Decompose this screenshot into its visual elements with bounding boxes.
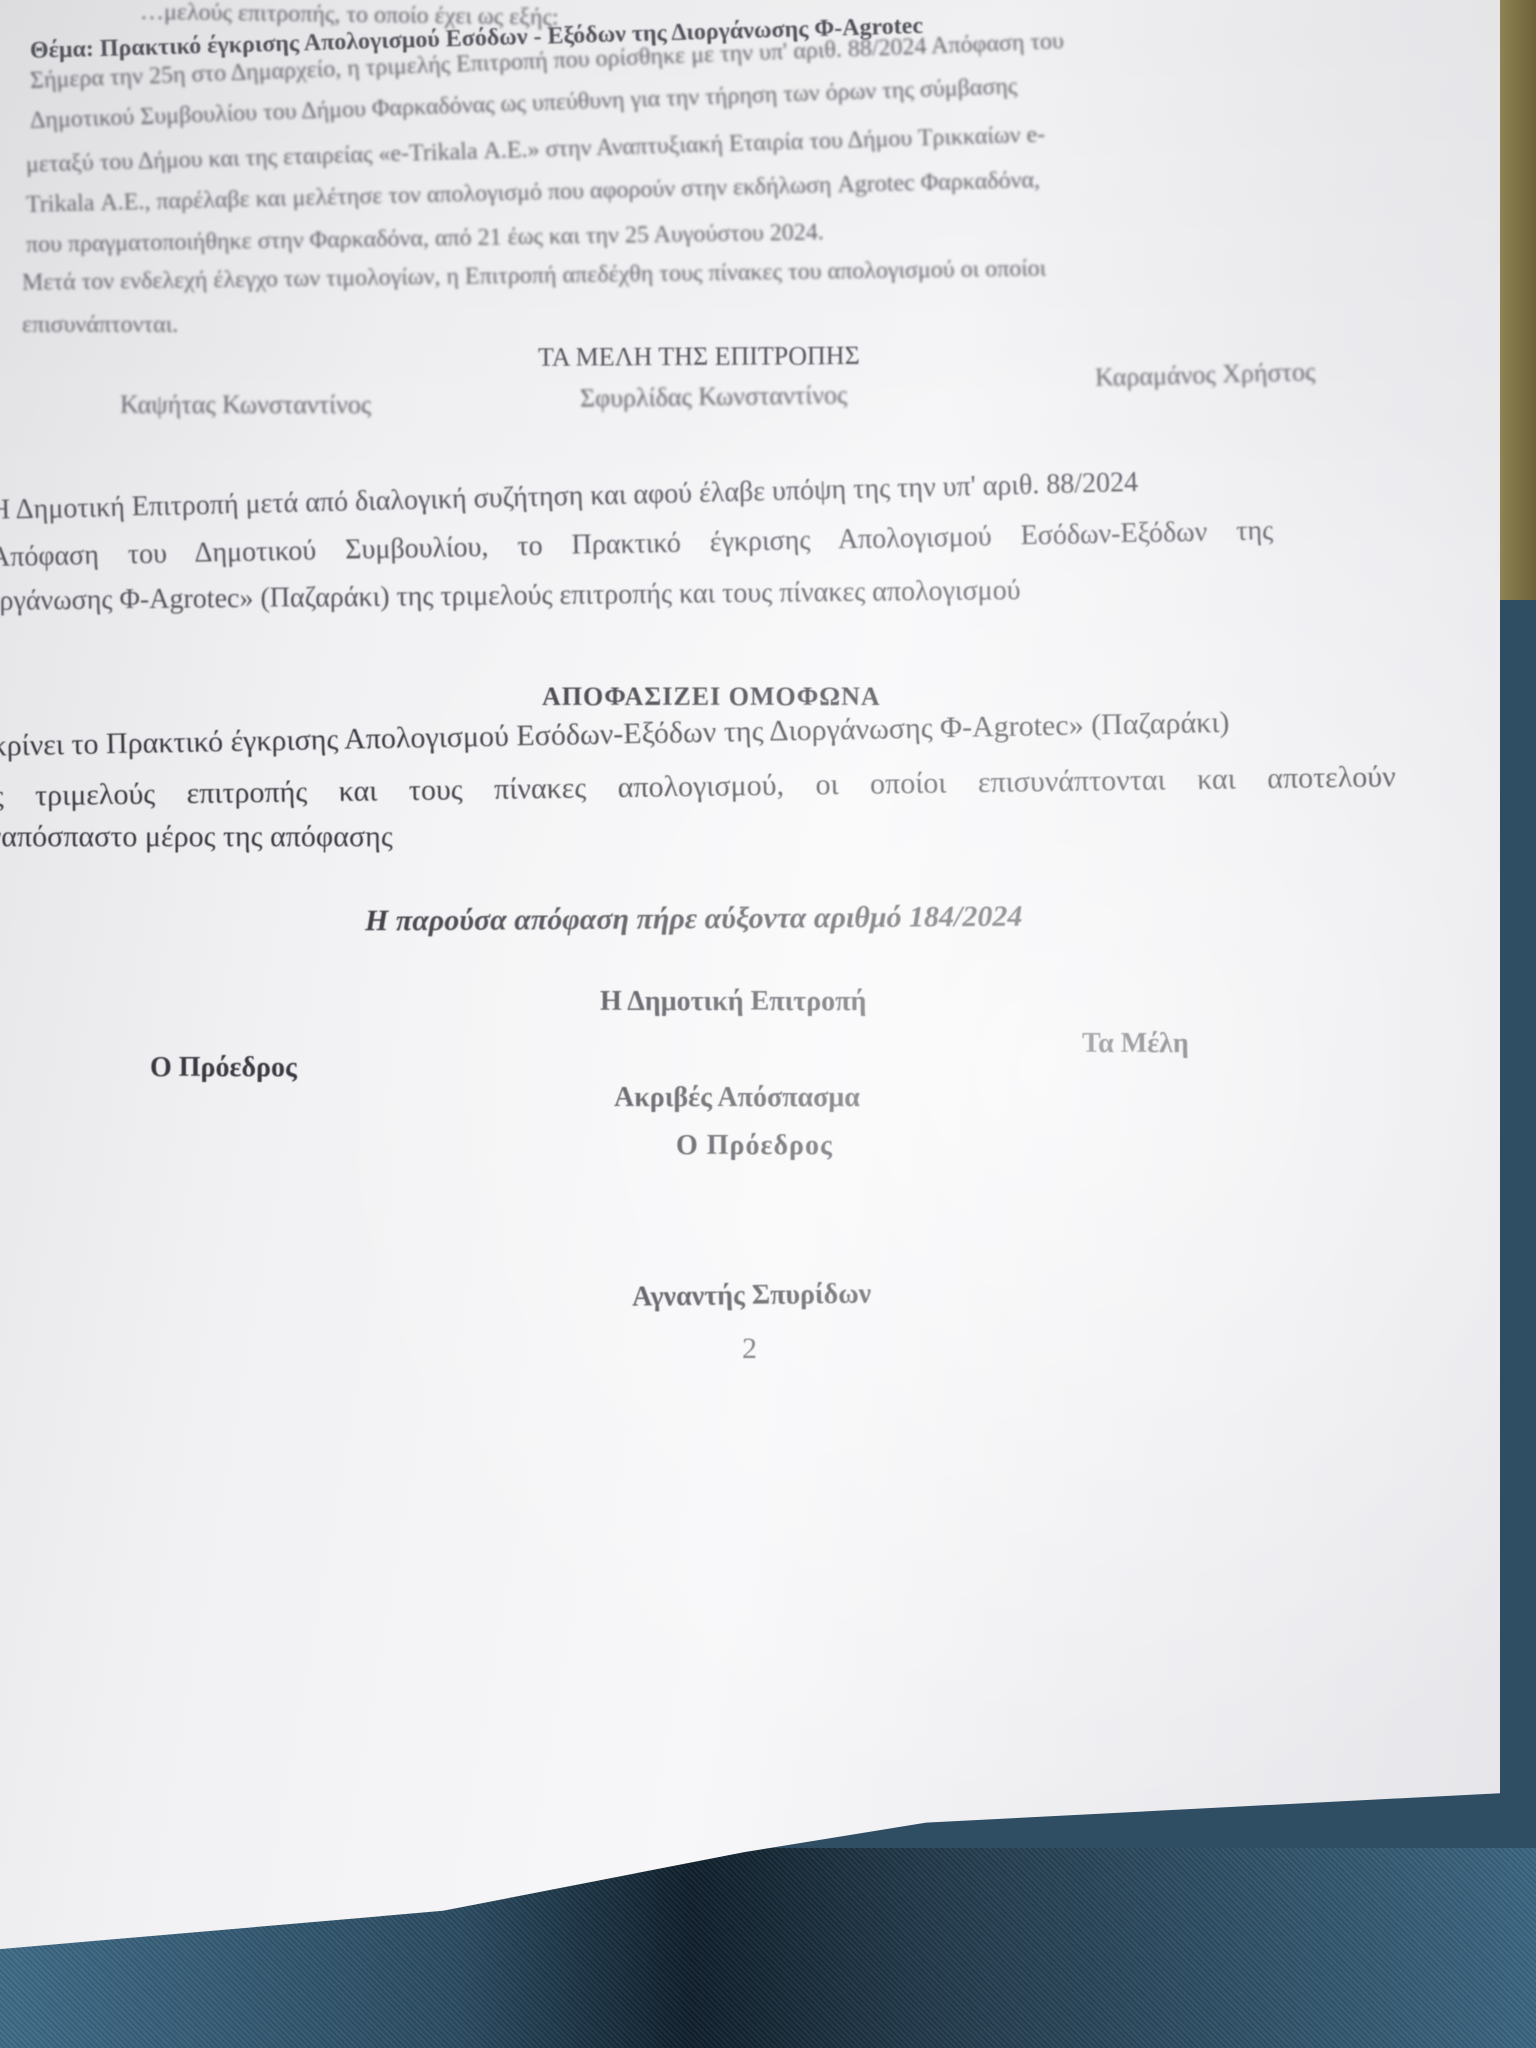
page-number: 2 — [742, 1332, 757, 1366]
member-name: Καραμάνος Χρήστος — [1095, 357, 1316, 393]
president-name: Αγναντής Σπυρίδων — [632, 1278, 872, 1313]
members-heading: ΤΑ ΜΕΛΗ ΤΗΣ ΕΠΙΤΡΟΠΗΣ — [538, 341, 860, 373]
member-name: Σφυρλίδας Κωνσταντίνος — [580, 380, 848, 414]
committee-line: Απόφαση του Δημοτικού Συμβουλίου, το Πρα… — [0, 515, 1274, 574]
signature-members: Τα Μέλη — [1082, 1028, 1189, 1060]
member-name: Καψήτας Κωνσταντίνος — [120, 390, 371, 420]
committee-line: Διοργάνωσης Φ-Agrotec» (Παζαράκι) της τρ… — [0, 575, 1021, 618]
intro-line: που πραγματοποιήθηκε στην Φαρκαδόνα, από… — [26, 219, 824, 259]
committee-line: Η Δημοτική Επιτροπή μετά από διαλογική σ… — [0, 467, 1138, 527]
signature-president-center: Ο Πρόεδρος — [676, 1130, 833, 1162]
signature-exact-copy: Ακριβές Απόσπασμα — [614, 1082, 860, 1114]
decision-heading: ΑΠΟΦΑΣΙΖΕΙ ΟΜΟΦΩΝΑ — [542, 682, 881, 712]
decision-line: της τριμελούς επιτροπής και τους πίνακες… — [0, 760, 1396, 814]
signature-committee: Η Δημοτική Επιτροπή — [600, 986, 866, 1018]
decision-line: Εγκρίνει το Πρακτικό έγκρισης Απολογισμο… — [0, 706, 1230, 764]
intro-line: Trikala Α.Ε., παρέλαβε και μελέτησε τον … — [26, 167, 1041, 219]
signature-president-left: Ο Πρόεδρος — [150, 1052, 297, 1084]
decision-number: Η παρούσα απόφαση πήρε αύξοντα αριθμό 18… — [365, 900, 1023, 939]
intro-line: επισυνάπτονται. — [22, 312, 178, 339]
document-page: …μελούς επιτροπής, το οποίο έχει ως εξής… — [0, 0, 1500, 1950]
intro-line: Μετά τον ενδελεχή έλεγχο των τιμολογίων,… — [22, 256, 1047, 297]
decision-line: αναπόσπαστο μέρος της απόφασης — [0, 820, 393, 854]
